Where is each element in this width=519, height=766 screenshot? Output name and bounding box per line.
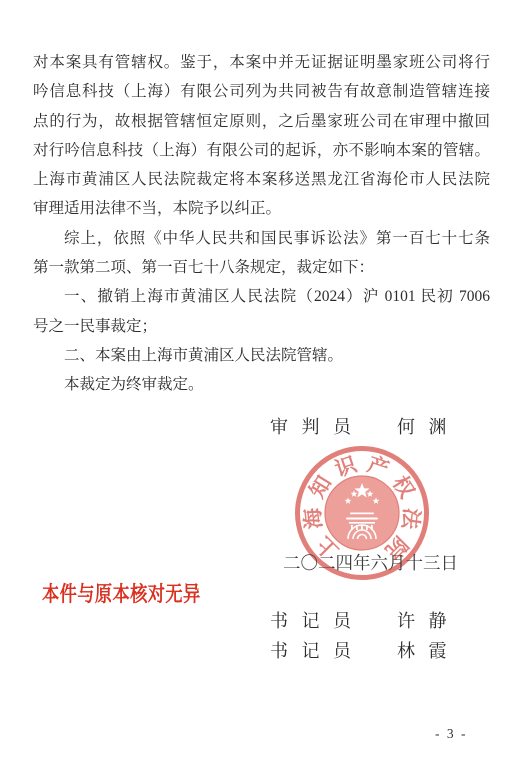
ruling-body-text: 对本案具有管辖权。鉴于，本案中并无证据证明墨家班公司将行 吟信息科技（上海）有限… (33, 48, 490, 400)
seal-char: 法 (398, 507, 424, 531)
judge-signature-line: 审 判 员 何 渊 (270, 417, 447, 437)
national-emblem (325, 476, 399, 550)
court-ruling-page: 对本案具有管辖权。鉴于，本案中并无证据证明墨家班公司将行 吟信息科技（上海）有限… (0, 0, 519, 766)
body-line: 点的行为，故根据管辖恒定原则，之后墨家班公司在审理中撤回 (33, 107, 490, 136)
seal-char: 海 (300, 506, 326, 530)
page-number: - 3 - (435, 726, 468, 742)
body-line: 吟信息科技（上海）有限公司列为共同被告有故意制造管辖连接 (33, 77, 490, 106)
body-line: 一、撤销上海市黄浦区人民法院（2024）沪 0101 民初 7006 (33, 282, 490, 311)
clerk-name: 林 霞 (397, 641, 447, 661)
body-line: 综上，依照《中华人民共和国民事诉讼法》第一百七十七条 (33, 224, 490, 253)
emblem-gate-roof (346, 518, 378, 520)
emblem-gate-roof (350, 513, 374, 515)
body-line: 第一款第二项、第一百七十八条规定，裁定如下： (33, 253, 490, 282)
verification-stamp-text: 本件与原本核对无异 (42, 578, 201, 608)
body-line: 上海市黄浦区人民法院裁定将本案移送黑龙江省海伦市人民法院 (33, 165, 490, 194)
emblem-gate-wall (349, 522, 375, 524)
clerk-name: 许 静 (397, 611, 447, 631)
body-line: 对行吟信息科技（上海）有限公司的起诉，亦不影响本案的管辖。 (33, 136, 490, 165)
body-line: 号之一民事裁定； (33, 312, 490, 341)
judge-name: 何 渊 (397, 417, 447, 437)
clerk-signature-line: 书 记 员 许 静 (270, 611, 447, 631)
body-line: 二、本案由上海市黄浦区人民法院管辖。 (33, 341, 490, 370)
ruling-date: 二〇二四年六月十三日 (283, 550, 458, 575)
body-line: 对本案具有管辖权。鉴于，本案中并无证据证明墨家班公司将行 (33, 48, 490, 77)
clerk-signature-line: 书 记 员 林 霞 (270, 641, 447, 661)
clerk-role-label: 书 记 员 (270, 611, 351, 631)
body-line: 本裁定为终审裁定。 (33, 370, 490, 399)
clerk-role-label: 书 记 员 (270, 641, 351, 661)
judge-role-label: 审 判 员 (270, 417, 351, 437)
body-line: 审理适用法律不当，本院予以纠正。 (33, 194, 490, 223)
